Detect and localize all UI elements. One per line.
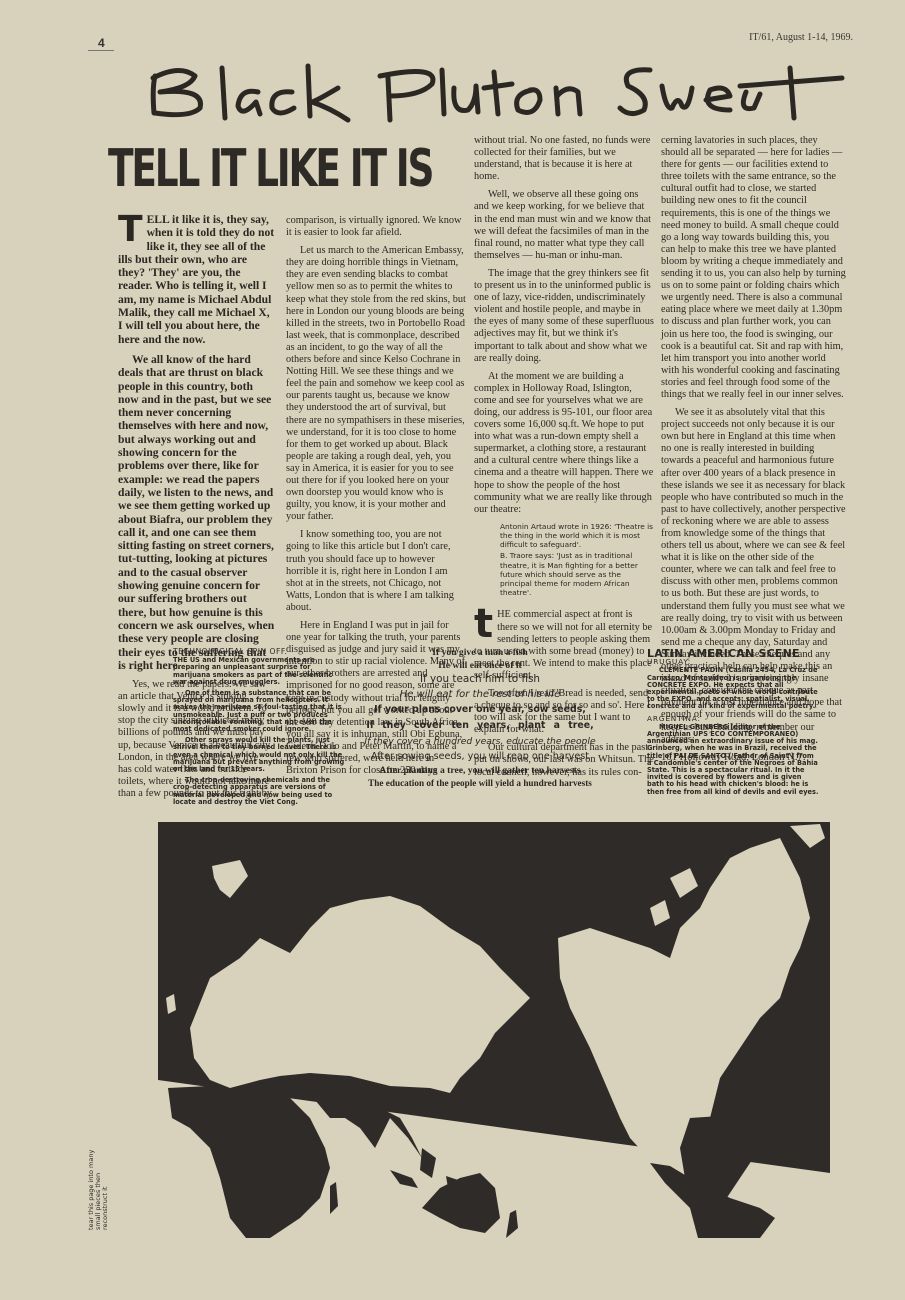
article-paragraph: without trial. No one fasted, no funds w… [474,135,654,183]
article-paragraph: I know something too, you are not going … [286,529,466,614]
newspaper-page: 4 IT/61, August 1-14, 1969. Black Pluton… [0,0,905,1300]
poem-line: He will eat for the rest of his life [352,687,608,702]
box-paragraph: CLEMENTE PADIN (Casilla 2454, La Cruz de… [647,667,819,710]
country-label-argentina: ARGENTINA: [647,715,819,722]
poem-line: If your plans cover one year, sow seeds, [352,702,608,718]
headline: TELL IT LIKE IT IS [108,143,432,195]
quotation-artaud: Antonin Artaud wrote in 1926: 'Theatre i… [500,522,654,550]
box-paragraph: Other sprays would kill the plants, just… [173,737,345,773]
proverb-poem: If you give a man a fish He will eat onc… [352,646,608,790]
tear-instruction-caption: tear this page into many small pieces th… [88,1140,110,1230]
masthead: Black Pluton Sweat [150,58,850,130]
issue-line: IT/61, August 1-14, 1969. [749,32,853,43]
poem-line: If you teach him to fish [352,672,608,687]
box-paragraph: MIGUEL GRINBERG (editor of the Argentini… [647,724,819,796]
article-paragraph: The image that the grey thinkers see fit… [474,268,654,365]
world-map-graphic [150,818,840,1238]
poem-line: If you give a man a fish [352,646,608,659]
drop-cap: T [118,215,143,245]
technological-spin-off-box: TECHNOLOGICAL SPIN OFF. THE US and Mexic… [173,648,345,810]
article-paragraph: Well, we observe all these going ons and… [474,189,654,262]
poem-line: He will eat once of it [352,659,608,672]
page-number: 4 [98,36,105,50]
article-paragraph: Let us march to the American Embassy, th… [286,245,466,523]
article-paragraph: At the moment we are building a complex … [474,371,654,516]
box-paragraph: The crop-destroying chemicals and the cr… [173,777,345,806]
latin-american-scene-box: LATIN AMERICAN SCENE URUGUAY: CLEMENTE P… [647,650,819,800]
poem-line: After planting a tree, you will gather t… [352,764,608,777]
poem-line: If they cover a hundred years, educate t… [352,734,608,749]
article-paragraph: We all know of the hard deals that are t… [118,353,276,672]
box-paragraph: One of them is a substance that can be s… [173,690,345,733]
box-title: TECHNOLOGICAL SPIN OFF. [173,648,345,655]
article-paragraph: cerning lavatories in such places, they … [661,135,846,401]
page-number-rule [88,50,114,51]
article-paragraph: comparison, is virtually ignored. We kno… [286,215,466,239]
poem-line: The education of the people will yield a… [352,777,608,790]
drop-cap: t [474,609,493,639]
box-title: LATIN AMERICAN SCENE [647,650,819,657]
poem-line: If they cover ten years, plant a tree, [352,718,608,734]
quotation-traore: B. Traore says: 'Just as in traditional … [500,551,654,597]
poem-line: After sowing seeds, you will reap one ha… [352,749,608,764]
box-paragraph: THE US and Mexican governments are prepa… [173,657,345,686]
article-paragraph: TELL it like it is, they say, when it is… [118,213,276,346]
world-map-icon [150,818,840,1238]
